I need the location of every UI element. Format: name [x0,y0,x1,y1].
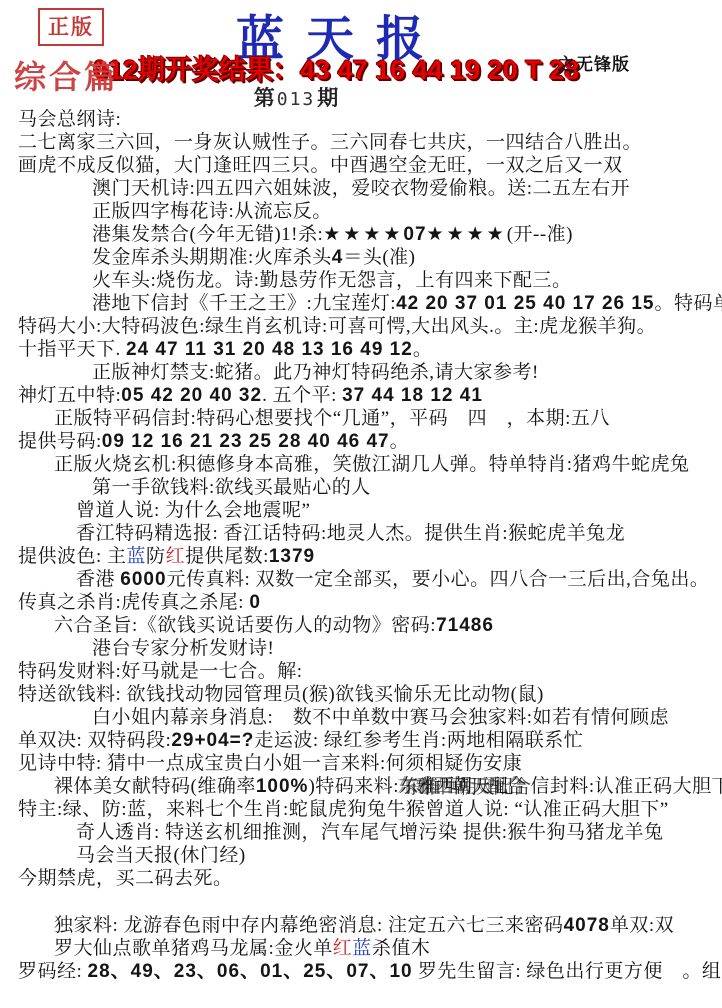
body-line: 独家料: 龙游春色雨中存内幕绝密消息: 注定五六七三来密码4078单双:双 [54,914,718,937]
body-line: 罗大仙点歌单猪鸡马龙属:金火单红蓝杀值木 [54,937,718,960]
body-line: 特主:绿、防:蓝，来料七个生肖:蛇鼠虎狗兔牛猴曾道人说: “认准正码大胆下” [18,798,718,821]
text-segment: 05 42 20 40 32 [121,385,262,406]
text-segment: 罗码经: [18,961,88,982]
text-segment: 神灯五中特: [18,385,121,406]
body-line: 二七离家三六回，一身灰认贼性子。三六同春七共庆，一四结合八胜出。 [18,131,718,154]
issue-prefix: 第 [254,86,275,110]
text-segment: 正版火烧玄机:积德修身本高雅，笑傲江湖几人弹。特单特肖:猪鸡牛蛇虎兔 [54,454,690,475]
text-segment: )特码来料: [308,776,399,797]
text-segment: 发金库杀头期期准:火库杀头 [92,247,332,268]
text-segment: 正版神灯禁支:蛇猪。此乃神灯特码绝杀,请大家参考! [92,362,539,383]
text-segment: 07 [403,224,426,245]
body-line: 特码发财料:好马就是一七合。解: [18,660,718,683]
body-line: 裸体美女献特码(维确率100%)特码来料:东雅西朝天配合 信封料:认准正码大胆下 [54,775,718,798]
text-segment: 6000 [120,569,166,590]
body-line: 提供波色: 主蓝防红提供尾数:1379 [18,545,718,568]
body-line: 港地下信封《千王之王》:九宝莲灯:42 20 37 01 25 40 17 26… [92,292,718,315]
text-segment: 正版四字梅花诗:从流忘反。 [92,201,332,222]
text-segment: 蓝 [127,546,147,567]
text-segment: 。 [390,431,410,452]
body-line: 正版四字梅花诗:从流忘反。 [92,200,718,223]
text-segment: 0 [249,592,261,613]
text-segment: 单双决: 双特码段: [18,730,171,751]
text-segment: ★★★★ [427,223,507,245]
text-segment: 。特码单双:单 [655,293,722,314]
body-line: 奇人透肖: 特送玄机细推测，汽车尾气增污染 提供:猴牛狗马猪龙羊兔 [76,821,718,844]
text-segment: 蓝 [352,938,372,959]
text-segment: 今期禁虎，买二码去死。 [18,868,233,889]
body-line: 提供号码:09 12 16 21 23 25 28 40 46 47。 [18,430,718,453]
body-line: 罗码经: 28、49、23、06、01、25、07、10 罗先生留言: 绿色出行… [18,960,718,983]
text-segment: 东雅西朝天配合 [399,776,525,797]
text-segment: 走运波: 绿红参考生肖:两地相隔联系忙 [254,730,583,751]
text-segment: 奇人透肖: 特送玄机细推测，汽车尾气增污染 提供:猴牛狗马猪龙羊兔 [76,822,664,843]
body-line: 曾道人说: 为什么会地震呢” [76,499,718,522]
text-segment: (开--准) [507,224,573,245]
text-segment: 港地下信封《千王之王》:九宝莲灯: [92,293,396,314]
body-line: 香江特码精选报: 香江话特码:地灵人杰。提供生肖:猴蛇虎羊兔龙 [76,522,718,545]
issue-suffix: 期 [317,86,338,110]
body-line: 神灯五中特:05 42 20 40 32. 五个平: 37 44 18 12 4… [18,384,718,407]
text-segment: 十指平天下. [18,339,126,360]
body-line: 香港 6000元传真料: 双数一定全部买，要小心。四八合一三后出,合兔出。 [76,568,718,591]
body-line: 马会总纲诗: [18,108,718,131]
text-segment: 罗先生留言: 绿色出行更方便 。组码 [413,961,722,982]
text-segment: 防 [146,546,166,567]
text-segment: 香港 [76,569,120,590]
body-line: 马会当天报(休门经) [76,844,718,867]
text-segment: 传真之杀肖:虎传真之杀尾: [18,592,249,613]
text-segment: 独家料: 龙游春色雨中存内幕绝密消息: 注定五六七三来密码 [54,915,564,936]
text-segment: 马会当天报(休门经) [76,845,246,866]
text-segment: 白小姐内幕亲身消息: 数不中单数中赛马会独家料:如若有情何顾虑 [92,707,669,728]
text-segment: 信封料:认准正码大胆下 [525,776,722,797]
text-segment: 42 20 37 01 25 40 17 26 15 [396,293,654,314]
body-line: 正版特平码信封:特码心想要找个“几通”，平码 四 ，本期:五八 [54,407,718,430]
text-segment: 特主:绿、防:蓝，来料七个生肖:蛇鼠虎狗兔牛猴曾道人说: “认准正码大胆下” [18,799,669,820]
body-line: 火车头:烧伤龙。诗:勤恳劳作无怨言，上有四来下配三。 [92,269,718,292]
text-segment: 特码发财料:好马就是一七合。解: [18,661,303,682]
text-segment: 单双:双 [610,915,674,936]
text-segment: 37 44 18 12 41 [342,385,483,406]
body-line: 见诗中特: 猜中一点成宝贵白小姐一言来料:何须相疑伤安康 [18,752,718,775]
body-line: 第一手欲钱料:欲线买最贴心的人 [92,476,718,499]
body-line: 传真之杀肖:虎传真之杀尾: 0 [18,591,718,614]
tip-sheet-body: 马会总纲诗:二七离家三六回，一身灰认贼性子。三六同春七共庆，一四结合八胜出。画虎… [14,108,718,983]
text-segment: 100% [256,776,309,797]
body-line: 正版火烧玄机:积德修身本高雅，笑傲江湖几人弹。特单特肖:猪鸡牛蛇虎兔 [54,453,718,476]
text-segment: 第一手欲钱料:欲线买最贴心的人 [92,477,371,498]
text-segment: 09 12 16 21 23 25 28 40 46 47 [102,431,390,452]
text-segment: 杀值木 [372,938,431,959]
body-line: 白小姐内幕亲身消息: 数不中单数中赛马会独家料:如若有情何顾虑 [92,706,718,729]
text-segment: 火车头:烧伤龙。诗:勤恳劳作无怨言，上有四来下配三。 [92,270,572,291]
body-line: 港集发禁合(今年无错)1!杀:★★★★07★★★★(开--准) [92,223,718,246]
text-segment: 提供波色: 主 [18,546,127,567]
body-line: 特码大小:大特码波色:绿生肖玄机诗:可喜可愕,大出风头.。主:虎龙猴羊狗。 [18,315,718,338]
text-segment: 裸体美女献特码(维确率 [54,776,256,797]
text-segment: 红 [333,938,353,959]
text-segment: ★★★★ [323,223,403,245]
body-line: 十指平天下. 24 47 11 31 20 48 13 16 49 12。 [18,338,718,361]
body-line: 画虎不成反似猫，大门逢旺四三只。中酉遇空金无旺，一双之后又一双 [18,154,718,177]
body-line: 特送欲钱料: 欲钱找动物园管理员(猴)欲钱买愉乐无比动物(鼠) [18,683,718,706]
text-segment: 提供号码: [18,431,102,452]
text-segment: ＝头(准) [343,247,415,268]
text-segment: 特送欲钱料: 欲钱找动物园管理员(猴)欲钱买愉乐无比动物(鼠) [18,684,544,705]
body-line: 今期禁虎，买二码去死。 [18,867,718,890]
newspaper-page: 正版 蓝天报 012期开奖结果：43 47 16 44 19 20 T 28 之… [0,0,722,1008]
text-segment: . 五个平: [262,385,342,406]
text-segment: 见诗中特: 猜中一点成宝贵白小姐一言来料:何须相疑伤安康 [18,753,522,774]
text-segment: 港台专家分析发财诗! [92,638,274,659]
text-segment: 港集发禁合(今年无错)1!杀: [92,224,323,245]
text-segment: 红 [166,546,186,567]
body-line: 六合圣旨:《欲钱买说话要伤人的动物》密码:71486 [54,614,718,637]
text-segment: 曾道人说: 为什么会地震呢” [76,500,310,521]
body-line: 正版神灯禁支:蛇猪。此乃神灯特码绝杀,请大家参考! [92,361,718,384]
text-segment: 4 [332,247,344,268]
text-segment: 特码大小:大特码波色:绿生肖玄机诗:可喜可愕,大出风头.。主:虎龙猴羊狗。 [18,316,656,337]
text-segment: 28、49、23、06、01、25、07、10 [88,961,413,982]
text-segment: 元传真料: 双数一定全部买，要小心。四八合一三后出,合兔出。 [167,569,710,590]
text-segment: 澳门天机诗:四五四六姐妹波，爱咬衣物爱偷粮。送:二五左右开 [92,178,630,199]
text-segment: 29+04=? [171,730,254,751]
body-line: 港台专家分析发财诗! [92,637,718,660]
body-line: 单双决: 双特码段:29+04=?走运波: 绿红参考生肖:两地相隔联系忙 [18,729,718,752]
text-segment: 1379 [269,546,315,567]
text-segment: 马会总纲诗: [18,109,121,130]
text-segment: 香江特码精选报: 香江话特码:地灵人杰。提供生肖:猴蛇虎羊兔龙 [76,523,625,544]
issue-number: 013 [275,89,318,110]
text-segment: 提供尾数: [185,546,269,567]
text-segment: 71486 [436,615,494,636]
text-segment: 24 47 11 31 20 48 13 16 49 12 [126,339,413,360]
text-segment: 画虎不成反似猫，大门逢旺四三只。中酉遇空金无旺，一双之后又一双 [18,155,623,176]
text-segment: 4078 [564,915,610,936]
body-line: 发金库杀头期期准:火库杀头4＝头(准) [92,246,718,269]
text-segment: 。 [413,339,433,360]
body-line: 澳门天机诗:四五四六姐妹波，爱咬衣物爱偷粮。送:二五左右开 [92,177,718,200]
text-segment: 二七离家三六回，一身灰认贼性子。三六同春七共庆，一四结合八胜出。 [18,132,642,153]
text-segment: 六合圣旨:《欲钱买说话要伤人的动物》密码: [54,615,436,636]
text-segment: 罗大仙点歌单猪鸡马龙属:金火单 [54,938,333,959]
edition-label: 之无锋版 [558,50,630,75]
text-segment: 正版特平码信封:特码心想要找个“几通”，平码 四 ，本期:五八 [54,408,610,429]
